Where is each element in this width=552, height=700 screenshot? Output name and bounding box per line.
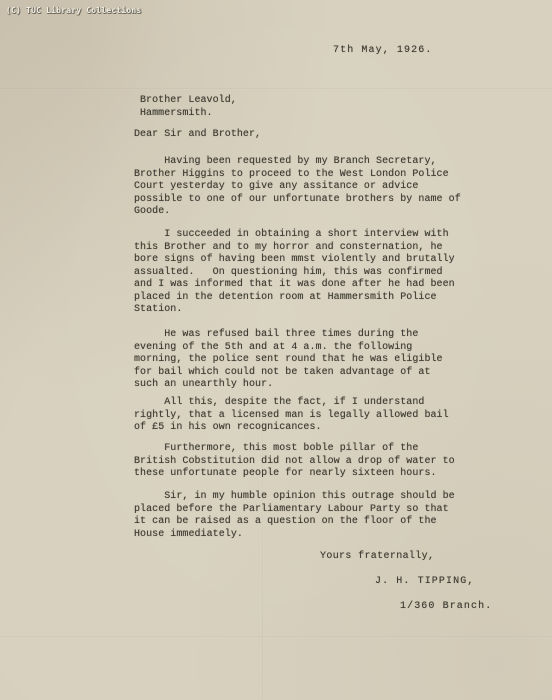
scanned-letter-page: (C) TUC Library Collections 7th May, 192… <box>0 0 552 700</box>
letter-date: 7th May, 1926. <box>333 45 432 58</box>
letter-paragraph: All this, despite the fact, if I underst… <box>134 397 449 435</box>
letter-paragraph: He was refused bail three times during t… <box>134 329 443 392</box>
signature: J. H. TIPPING, <box>375 576 474 589</box>
letter-paragraph: Furthermore, this most boble pillar of t… <box>134 443 455 481</box>
salutation: Dear Sir and Brother, <box>134 129 261 142</box>
library-watermark: (C) TUC Library Collections <box>6 6 141 15</box>
letter-paragraph: Sir, in my humble opinion this outrage s… <box>134 491 455 541</box>
recipient-address: Brother Leavold, Hammersmith. <box>140 95 237 120</box>
paper-crease <box>0 88 552 90</box>
paper-crease <box>0 636 552 638</box>
branch-line: 1/360 Branch. <box>400 601 492 614</box>
letter-paragraph: I succeeded in obtaining a short intervi… <box>134 229 455 317</box>
valediction: Yours fraternally, <box>320 551 434 564</box>
letter-paragraph: Having been requested by my Branch Secre… <box>134 156 461 219</box>
